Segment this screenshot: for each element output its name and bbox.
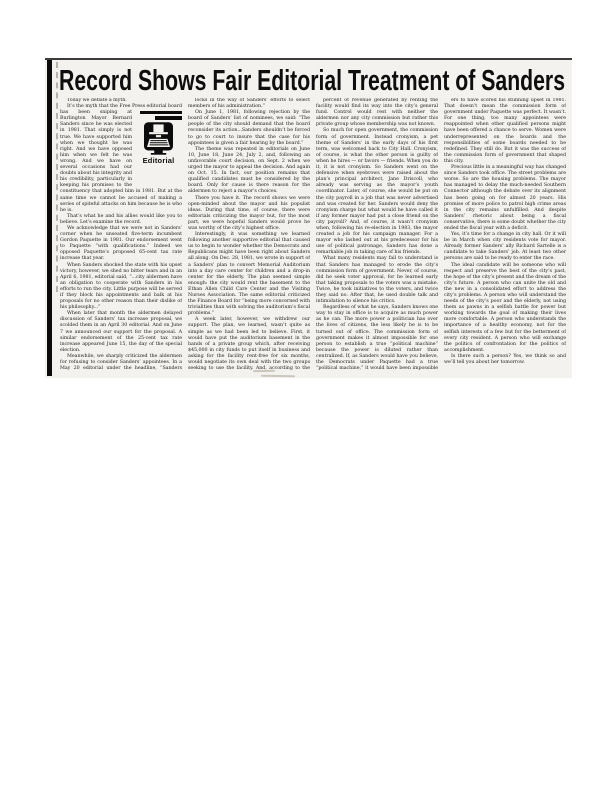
typewriter-icon xyxy=(144,122,182,155)
article-column-1: Today we deflate a myth. xyxy=(60,98,182,371)
article-paragraph: percent of revenue generated by renting … xyxy=(316,98,438,128)
article-paragraph: When Sanders shocked the state with his … xyxy=(60,263,182,312)
article-paragraph: What many residents may fail to understa… xyxy=(316,256,438,305)
article-paragraph: Precious little in a meaningful way has … xyxy=(444,165,566,232)
article-paragraph: There you have it. The record shows we w… xyxy=(188,196,310,233)
article-paragraph: We acknowledge that we were not in Sande… xyxy=(60,226,182,263)
editorial-box-rule-short xyxy=(155,116,182,120)
editorial-box-label: Editorial xyxy=(135,156,182,165)
article-column-4: ers to have scored his stunning upset in… xyxy=(444,98,566,371)
article-paragraph: On June 1, 1981, following rejection by … xyxy=(188,110,310,147)
article-paragraph: Is there such a person? Yes, we think so… xyxy=(444,354,566,366)
article-paragraph: So much for open government, the commiss… xyxy=(316,128,438,256)
article-paragraph: The theme was repeated in editorials on … xyxy=(188,147,310,196)
editorial-box: Editorial xyxy=(135,104,182,187)
editorial-box-rule-top xyxy=(140,111,182,114)
article-paragraph: Interestingly, it was something we learn… xyxy=(188,232,310,317)
newspaper-clipping: Record Shows Fair Editorial Treatment of… xyxy=(45,58,572,378)
article-body: Today we deflate a myth. xyxy=(60,98,566,371)
page: Record Shows Fair Editorial Treatment of… xyxy=(0,0,612,792)
article-paragraph: A week later, however, we withdrew our s… xyxy=(188,317,310,371)
article-paragraph: locks in the way of Sanders’ efforts to … xyxy=(188,98,310,110)
article-paragraph: Regardless of what he says, Sanders know… xyxy=(316,305,438,371)
pencil-smudge xyxy=(253,370,313,380)
article-paragraph: That’s what he and his allies would like… xyxy=(60,214,182,226)
article-column-3: percent of revenue generated by renting … xyxy=(316,98,438,371)
article-column-2: locks in the way of Sanders’ efforts to … xyxy=(188,98,310,371)
article-paragraph: When later that month the aldermen delay… xyxy=(60,311,182,354)
scan-edge-bar xyxy=(47,60,52,376)
article-paragraph: ers to have scored his stunning upset in… xyxy=(444,98,566,165)
article-paragraph: Meanwhile, we sharply criticized the ald… xyxy=(60,354,182,371)
article-paragraph: The ideal candidate will be someone who … xyxy=(444,263,566,354)
scan-perforation-marks xyxy=(56,62,58,292)
article-headline-text: Record Shows Fair Editorial Treatment of… xyxy=(59,65,565,96)
article-paragraph: Yes, it’s time for a change in city hall… xyxy=(444,232,566,262)
